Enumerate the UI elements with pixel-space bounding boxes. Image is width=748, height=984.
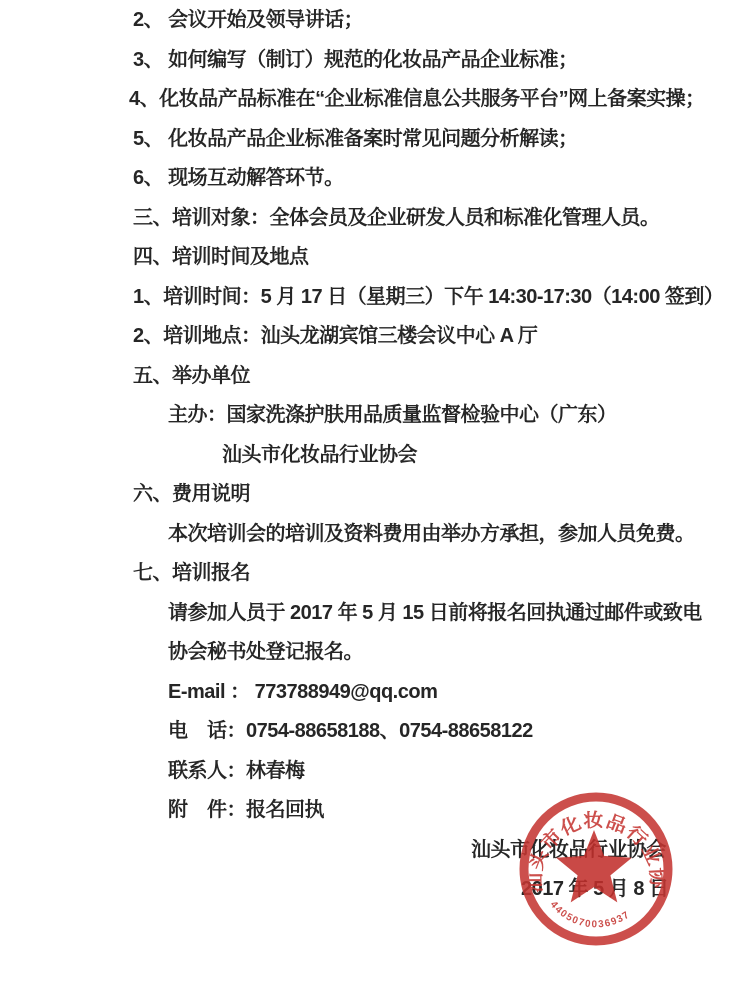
agenda-item-4: 4、化妆品产品标准在“企业标准信息公共服务平台”网上备案实操； (0, 88, 748, 111)
signature-date: 2017 年 5 月 8 日 (0, 878, 748, 901)
agenda-item-3: 3、 如何编写（制订）规范的化妆品产品企业标准； (0, 49, 748, 72)
section-training-target: 三、培训对象：全体会员及企业研发人员和标准化管理人员。 (0, 207, 748, 230)
training-place-item: 2、培训地点：汕头龙湖宾馆三楼会议中心 A 厅 (0, 325, 748, 348)
section-registration: 七、培训报名 (0, 562, 748, 585)
organizer-host-line: 主办：国家洗涤护肤用品质量监督检验中心（广东） (0, 404, 748, 427)
agenda-item-5: 5、 化妆品产品企业标准备案时常见问题分析解读； (0, 128, 748, 151)
phone-line: 电 话：0754-88658188、0754-88658122 (0, 720, 748, 743)
registration-line-1: 请参加人员于 2017 年 5 月 15 日前将报名回执通过邮件或致电 (0, 602, 748, 625)
section-time-place: 四、培训时间及地点 (0, 246, 748, 269)
agenda-item-2: 2、 会议开始及领导讲话； (0, 9, 748, 32)
document-page: 2、 会议开始及领导讲话； 3、 如何编写（制订）规范的化妆品产品企业标准； 4… (0, 0, 748, 984)
agenda-item-6: 6、 现场互动解答环节。 (0, 167, 748, 190)
signature-org: 汕头市化妆品行业协会 (0, 839, 748, 862)
training-time-item: 1、培训时间：5 月 17 日（星期三）下午 14:30-17:30（14:00… (0, 286, 748, 309)
section-organizer: 五、举办单位 (0, 365, 748, 388)
registration-line-2: 协会秘书处登记报名。 (0, 641, 748, 664)
stamp-number: 4405070036937 (548, 899, 633, 930)
contact-person-line: 联系人：林春梅 (0, 760, 748, 783)
fee-description: 本次培训会的培训及资料费用由举办方承担，参加人员免费。 (0, 523, 748, 546)
section-fee: 六、费用说明 (0, 483, 748, 506)
organizer-association: 汕头市化妆品行业协会 (0, 444, 748, 467)
email-line: E-mail ： 773788949@qq.com (0, 681, 748, 704)
notice-body: 2、 会议开始及领导讲话； 3、 如何编写（制订）规范的化妆品产品企业标准； 4… (0, 0, 748, 901)
attachment-line: 附 件：报名回执 (0, 799, 748, 822)
